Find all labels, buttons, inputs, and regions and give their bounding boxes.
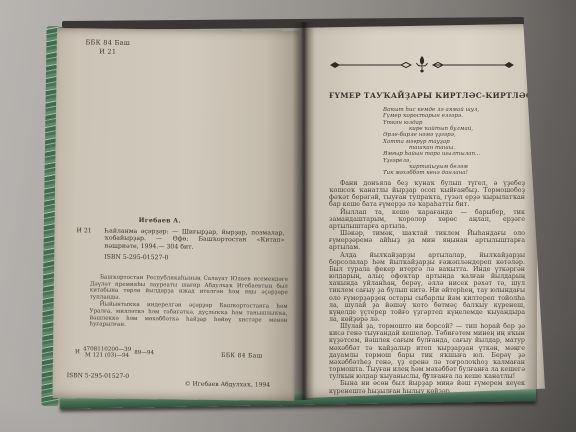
divider-ornament-icon (329, 54, 515, 76)
body-paragraph: Алда йылҡайҙарҙы артылалар, йылҡайҙарҙы … (329, 252, 525, 324)
footer-bbk-code: ББК 84 Баш (221, 352, 263, 360)
bbk-classification: ББК 84 Баш И 21 (77, 38, 139, 56)
bbk-code: ББК 84 Баш (77, 38, 139, 47)
open-book-photo: ББК 84 Баш И 21 Игебаев А. И 21 Һайланма… (0, 0, 576, 432)
catalog-card: Игебаев А. И 21 Һайланма әҫәрҙәр: — Шиғы… (70, 216, 285, 264)
book-gutter-shadow (292, 22, 314, 400)
catalog-index: И 21 (76, 227, 91, 235)
fraction-suffix: 89—94 (134, 350, 154, 357)
body-paragraph: Фани донъяла беҙ ҡунаҡ булып түгел, ә үҙ… (329, 180, 525, 209)
catalog-isbn: ISBN 5-295-01527-0 (104, 254, 284, 264)
body-paragraph: Шулай ҙа, тормошто ни борсой? — тип һора… (329, 323, 525, 380)
catalog-number-fraction: И 4708110200—39 М 121 (03)—94 89—94 (75, 346, 154, 360)
section-title: ҒҮМЕР ТАУҠАЙҘАРЫ КИРТЛӘС-КИРТЛӘС (329, 91, 525, 100)
annotation-paragraph: Йыйынтыҡҡа индерелгән әҫәрҙәр Башҡортост… (89, 302, 287, 331)
left-page: ББК 84 Баш И 21 Игебаев А. И 21 Һайланма… (52, 28, 299, 401)
epigraph-line: Тик мәхәббәт кенә данлана! (383, 170, 525, 176)
page-number: 5 (329, 373, 525, 381)
body-text: Фани донъяла беҙ ҡунаҡ булып түгел, ә үҙ… (329, 180, 525, 395)
right-page: ҒҮМЕР ТАУҠАЙҘАРЫ КИРТЛӘС-КИРТЛӘС Ваҡыт һ… (305, 24, 545, 398)
footer-isbn: ISBN 5-295-01527-0 (67, 372, 129, 380)
catalog-entry: И 21 Һайланма әҫәрҙәр: — Шиғырҙар, йырҙа… (70, 227, 284, 252)
annotation-paragraph: Башҡортостан Республикаһының Салауат Юла… (90, 274, 288, 303)
body-paragraph: Шәкәр, тимәк, шаҡтай тиклем Йыһандағы ол… (329, 230, 525, 251)
fraction-prefix: И (75, 349, 80, 355)
epigraph-verse: Ваҡыт һис кемде лә аямай шул,Ғүмер ҡорос… (383, 107, 525, 177)
fraction-denominator: М 121 (03)—94 (83, 353, 131, 360)
annotation-block: Башҡортостан Республикаһының Салауат Юла… (89, 274, 288, 331)
catalog-author: Игебаев А. (139, 217, 285, 226)
catalog-description: Һайланма әҫәрҙәр: — Шиғырҙар, йырҙар, по… (104, 227, 284, 250)
body-paragraph: Йыллап та, кеше ҡарағанда — барыбер, тик… (329, 209, 525, 230)
author-index-code: И 21 (77, 47, 139, 56)
copyright-line: © Игебаев Абдулхаҡ, 1994 (185, 381, 270, 389)
